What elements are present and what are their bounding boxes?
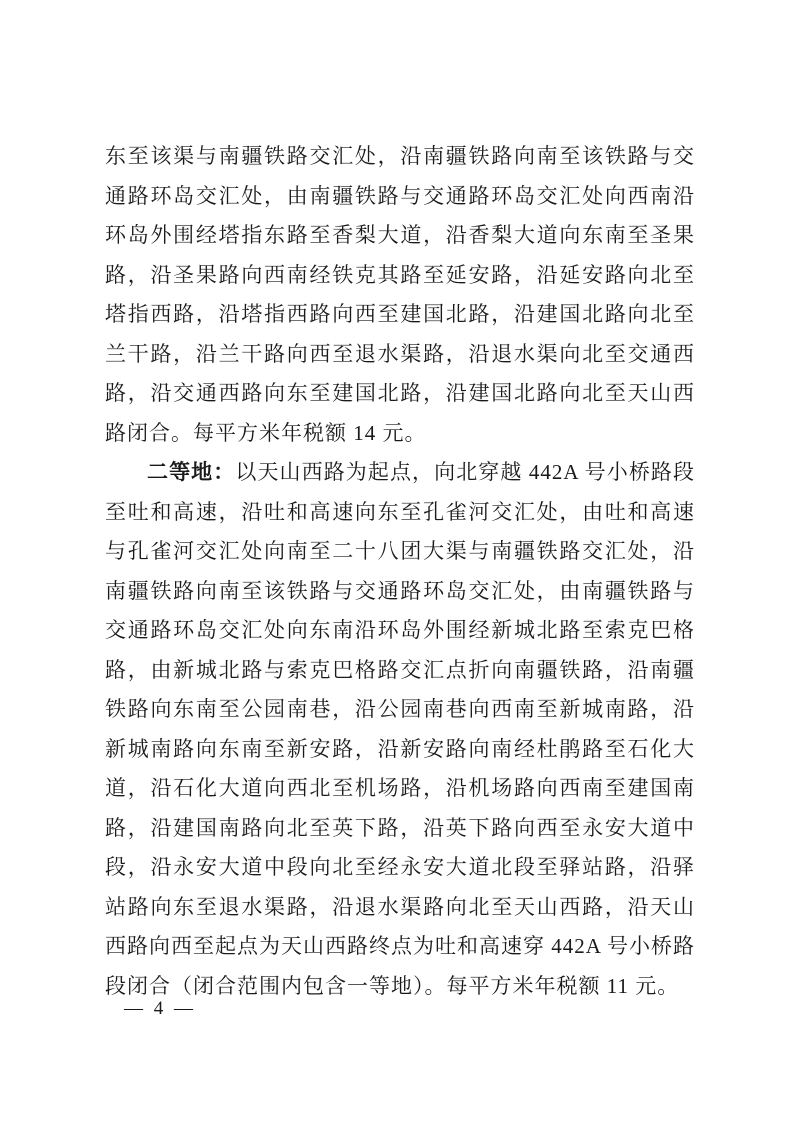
paragraph-text: 以天山西路为起点，向北穿越 442A 号小桥路段至吐和高速，沿吐和高速向东至孔雀… [105,460,695,998]
paragraph-text: 东至该渠与南疆铁路交汇处，沿南疆铁路向南至该铁路与交通路环岛交汇处，由南疆铁路与… [105,144,695,445]
document-body: 东至该渠与南疆铁路交汇处，沿南疆铁路向南至该铁路与交通路环岛交汇处，由南疆铁路与… [105,137,695,1006]
page-number: — 4 — [124,998,196,1020]
paragraph-grade1-continuation: 东至该渠与南疆铁路交汇处，沿南疆铁路向南至该铁路与交通路环岛交汇处，由南疆铁路与… [105,137,695,453]
document-page: 东至该渠与南疆铁路交汇处，沿南疆铁路向南至该铁路与交通路环岛交汇处，由南疆铁路与… [0,0,793,1122]
paragraph-grade2: 二等地：以天山西路为起点，向北穿越 442A 号小桥路段至吐和高速，沿吐和高速向… [105,453,695,1006]
paragraph-lead-grade2: 二等地： [147,460,235,484]
